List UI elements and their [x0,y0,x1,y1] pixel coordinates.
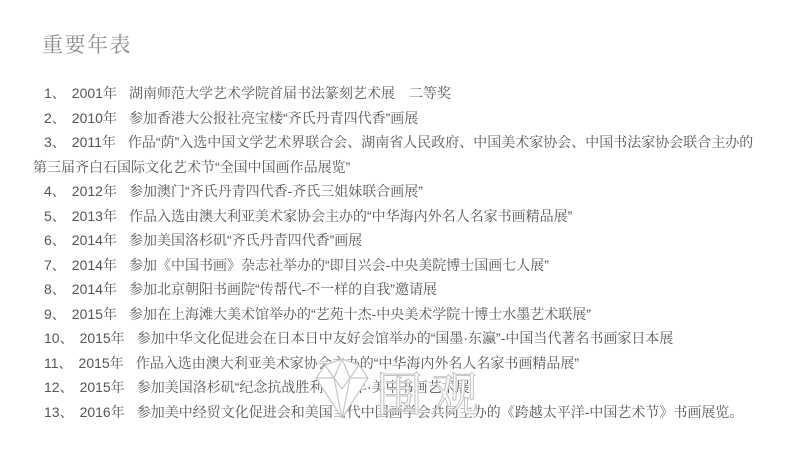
item-number: 12、 [44,379,74,395]
timeline-item: 7、2014年参加《中国书画》杂志社举办的“即目兴会-中央美院博士国画七人展” [33,253,785,278]
chronology-page: 重要年表 1、2001年湖南师范大学艺术学院首届书法篆刻艺术展 二等奖 2、20… [0,0,800,450]
timeline-item: 8、2014年参加北京朝阳书画院“传帮代-不一样的自我”邀请展 [33,277,785,302]
timeline-item: 2、2010年参加香港大公报社亮宝楼“齐氏丹青四代香”画展 [33,106,785,131]
item-description: 参加美国洛杉矶“纪念抗战胜利70周年·美中书画艺术展” [137,379,475,395]
timeline-item: 12、2015年参加美国洛杉矶“纪念抗战胜利70周年·美中书画艺术展” [33,375,785,400]
item-number: 13、 [44,404,74,420]
item-description: 参加北京朝阳书画院“传帮代-不一样的自我”邀请展 [129,281,437,297]
item-number: 5、 [44,208,66,224]
item-number: 3、 [44,134,66,150]
item-number: 1、 [44,85,66,101]
item-number: 4、 [44,183,66,199]
item-description: 参加澳门“齐氏丹青四代香-齐氏三姐妹联合画展” [129,183,423,199]
item-year: 2015年 [80,330,125,346]
item-year: 2014年 [72,257,117,273]
item-number: 7、 [44,257,66,273]
item-year: 2015年 [80,379,125,395]
item-description: 参加美中经贸文化促进会和美国当代中国画学会共同主办的《跨越太平洋-中国艺术节》书… [137,404,744,420]
item-year: 2014年 [72,281,117,297]
item-number: 9、 [44,306,66,322]
timeline-list: 1、2001年湖南师范大学艺术学院首届书法篆刻艺术展 二等奖 2、2010年参加… [33,81,785,424]
item-number: 6、 [44,232,66,248]
timeline-item: 11、2015年作品入选由澳大利亚美术家协会主办的“中华海内外名人名家书画精品展… [33,351,785,376]
item-number: 11、 [44,355,73,371]
item-year: 2001年 [72,85,117,101]
page-title: 重要年表 [42,29,132,59]
timeline-item: 10、2015年参加中华文化促进会在日本日中友好会馆举办的“国墨·东瀛”-中国当… [33,326,785,351]
item-description: 参加美国洛杉矶“齐氏丹青四代香”画展 [129,232,362,248]
item-description: 参加香港大公报社亮宝楼“齐氏丹青四代香”画展 [129,110,418,126]
item-description: 参加《中国书画》杂志社举办的“即目兴会-中央美院博士国画七人展” [129,257,549,273]
item-year: 2012年 [72,183,117,199]
item-year: 2014年 [72,232,117,248]
timeline-item: 9、2015年参加在上海滩大美术馆举办的“艺苑十杰-中央美术学院十博士水墨艺术联… [33,302,785,327]
item-description: 作品入选由澳大利亚美术家协会主办的“中华海内外名人名家书画精品展” [136,355,579,371]
item-description: 作品“荫”入选中国文学艺术界联合会、湖南省人民政府、中国美术家协会、中国书法家协… [33,134,771,175]
item-year: 2015年 [72,306,117,322]
item-year: 2011年 [72,134,116,150]
item-number: 10、 [44,330,74,346]
item-year: 2016年 [80,404,125,420]
timeline-item: 1、2001年湖南师范大学艺术学院首届书法篆刻艺术展 二等奖 [33,81,785,106]
item-description: 湖南师范大学艺术学院首届书法篆刻艺术展 二等奖 [129,85,451,101]
timeline-item: 4、2012年参加澳门“齐氏丹青四代香-齐氏三姐妹联合画展” [33,179,785,204]
item-year: 2015年 [79,355,124,371]
item-year: 2013年 [72,208,117,224]
item-description: 参加在上海滩大美术馆举办的“艺苑十杰-中央美术学院十博士水墨艺术联展” [129,306,591,322]
timeline-item: 5、2013年作品入选由澳大利亚美术家协会主办的“中华海内外名人名家书画精品展” [33,204,785,229]
item-description: 作品入选由澳大利亚美术家协会主办的“中华海内外名人名家书画精品展” [129,208,572,224]
item-year: 2010年 [72,110,117,126]
timeline-item: 6、2014年参加美国洛杉矶“齐氏丹青四代香”画展 [33,228,785,253]
timeline-item: 13、2016年参加美中经贸文化促进会和美国当代中国画学会共同主办的《跨越太平洋… [33,400,785,425]
item-description: 参加中华文化促进会在日本日中友好会馆举办的“国墨·东瀛”-中国当代著名书画家日本… [137,330,674,346]
item-number: 2、 [44,110,66,126]
item-number: 8、 [44,281,66,297]
timeline-item: 3、2011年作品“荫”入选中国文学艺术界联合会、湖南省人民政府、中国美术家协会… [33,130,785,179]
